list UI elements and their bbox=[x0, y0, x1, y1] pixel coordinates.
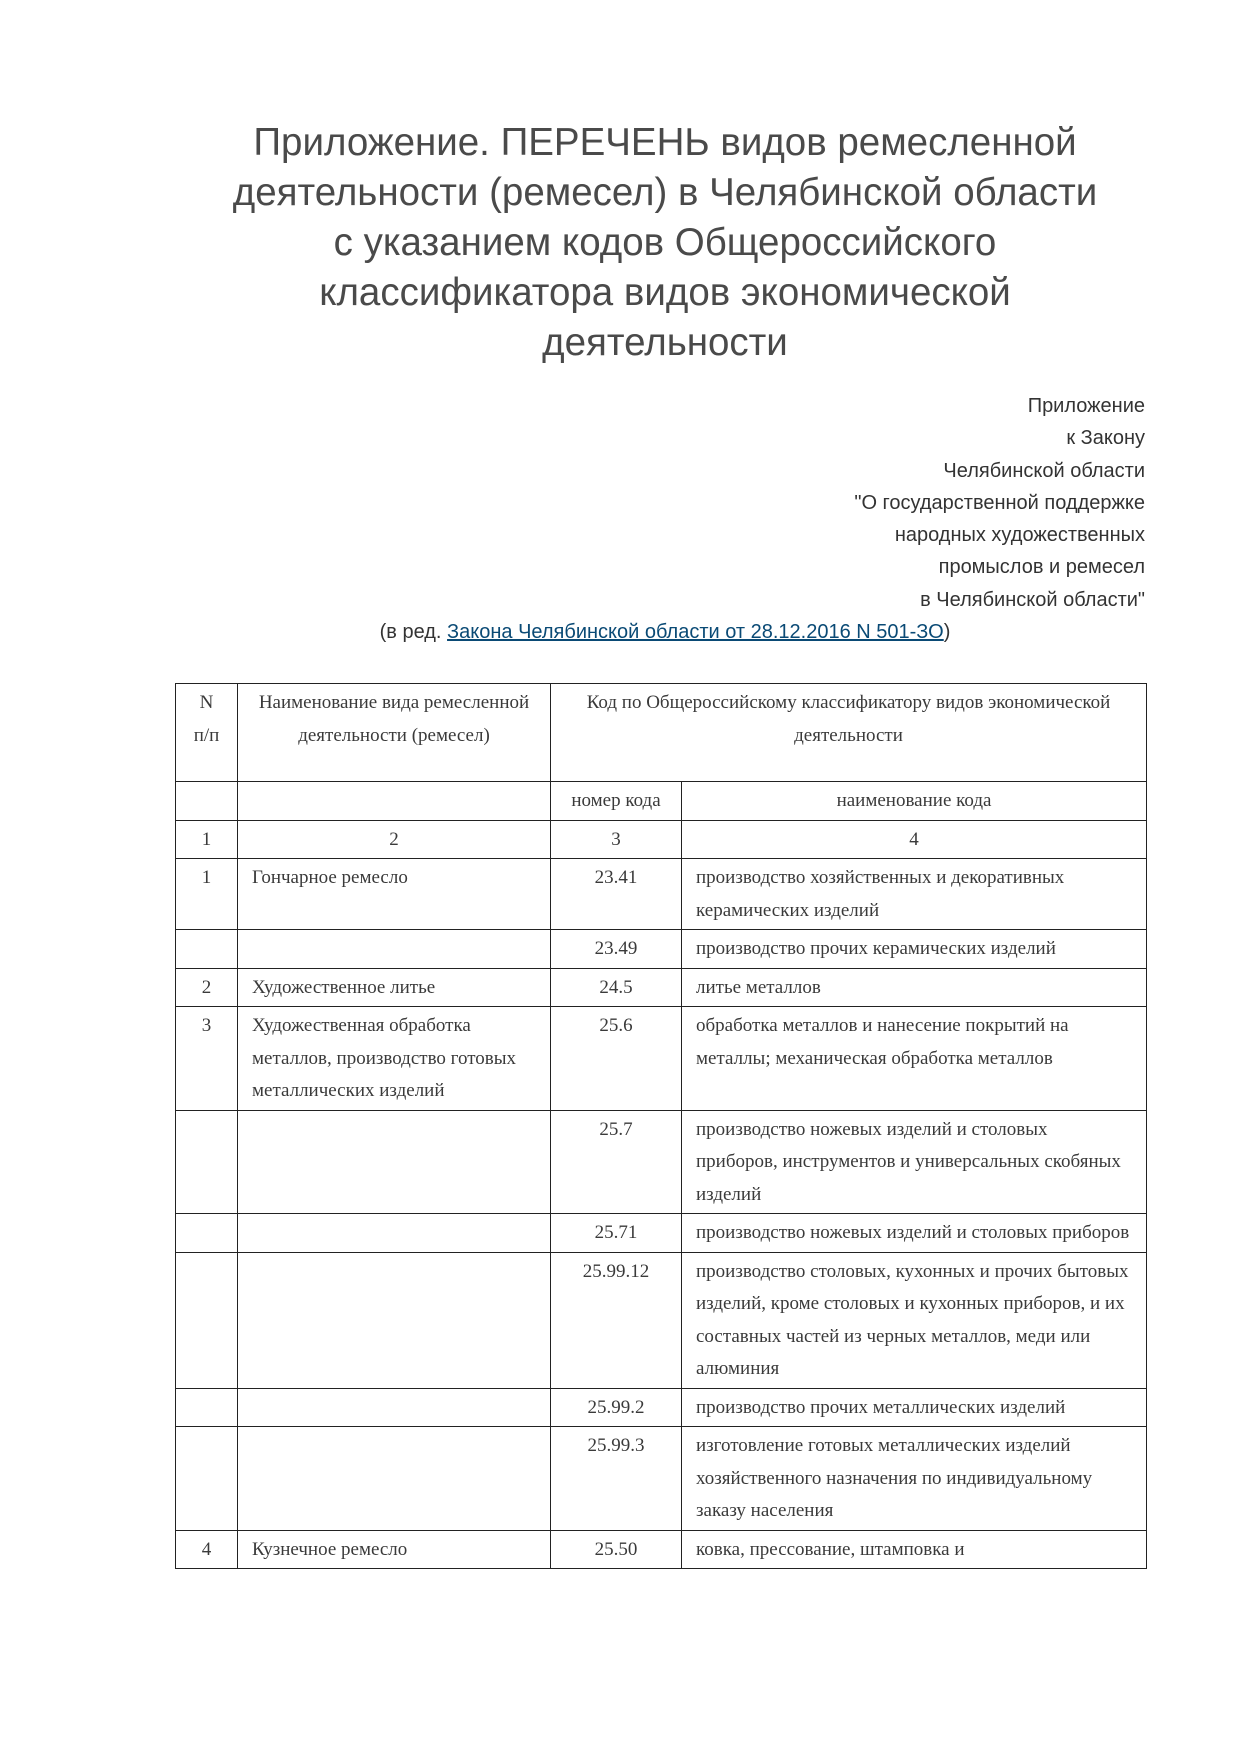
appendix-line: народных художественных bbox=[854, 519, 1145, 551]
code-number: 24.5 bbox=[551, 968, 682, 1007]
code-name: производство столовых, кухонных и прочих… bbox=[682, 1252, 1147, 1388]
header-okved: Код по Общероссийскому классификатору ви… bbox=[551, 684, 1147, 782]
row-number bbox=[176, 1427, 238, 1531]
appendix-line: промыслов и ремесел bbox=[854, 551, 1145, 583]
code-number: 25.6 bbox=[551, 1007, 682, 1111]
code-name: производство хозяйственных и декоративны… bbox=[682, 859, 1147, 930]
table-row: 25.99.2производство прочих металлических… bbox=[176, 1388, 1147, 1427]
column-number: 4 bbox=[682, 820, 1147, 859]
code-number: 25.99.3 bbox=[551, 1427, 682, 1531]
row-number: 3 bbox=[176, 1007, 238, 1111]
code-name: обработка металлов и нанесение покрытий … bbox=[682, 1007, 1147, 1111]
code-name: изготовление готовых металлических издел… bbox=[682, 1427, 1147, 1531]
table-row: 3Художественная обработка металлов, прои… bbox=[176, 1007, 1147, 1111]
craft-name bbox=[238, 1110, 551, 1214]
row-number bbox=[176, 930, 238, 969]
table-row: 25.7производство ножевых изделий и столо… bbox=[176, 1110, 1147, 1214]
code-name: ковка, прессование, штамповка и bbox=[682, 1530, 1147, 1569]
code-name: производство ножевых изделий и столовых … bbox=[682, 1214, 1147, 1253]
title-line: с указанием кодов Общероссийского bbox=[170, 218, 1160, 268]
title-line: деятельности bbox=[170, 318, 1160, 368]
appendix-line: Приложение bbox=[854, 390, 1145, 422]
craft-name: Художественная обработка металлов, произ… bbox=[238, 1007, 551, 1111]
document-title: Приложение. ПЕРЕЧЕНЬ видов ремесленной д… bbox=[170, 118, 1160, 368]
appendix-line: "О государственной поддержке bbox=[854, 487, 1145, 519]
craft-name bbox=[238, 1427, 551, 1531]
subheader-empty bbox=[176, 782, 238, 821]
craft-name: Художественное литье bbox=[238, 968, 551, 1007]
craft-name bbox=[238, 930, 551, 969]
row-number bbox=[176, 1252, 238, 1388]
title-line: деятельности (ремесел) в Челябинской обл… bbox=[170, 168, 1160, 218]
code-name: производство прочих металлических издели… bbox=[682, 1388, 1147, 1427]
column-numbers-row: 1 2 3 4 bbox=[176, 820, 1147, 859]
code-number: 23.49 bbox=[551, 930, 682, 969]
code-number: 25.99.12 bbox=[551, 1252, 682, 1388]
row-number: 2 bbox=[176, 968, 238, 1007]
code-name: производство ножевых изделий и столовых … bbox=[682, 1110, 1147, 1214]
appendix-reference: Приложение к Закону Челябинской области … bbox=[854, 390, 1145, 616]
code-name: литье металлов bbox=[682, 968, 1147, 1007]
crafts-table: N п/п Наименование вида ремесленной деят… bbox=[175, 683, 1147, 1569]
column-number: 3 bbox=[551, 820, 682, 859]
code-number: 23.41 bbox=[551, 859, 682, 930]
appendix-line: к Закону bbox=[854, 422, 1145, 454]
appendix-line: в Челябинской области" bbox=[854, 584, 1145, 616]
title-line: Приложение. ПЕРЕЧЕНЬ видов ремесленной bbox=[170, 118, 1160, 168]
subheader-row: номер кода наименование кода bbox=[176, 782, 1147, 821]
code-number: 25.7 bbox=[551, 1110, 682, 1214]
table-row: 25.99.3изготовление готовых металлически… bbox=[176, 1427, 1147, 1531]
column-number: 2 bbox=[238, 820, 551, 859]
row-number bbox=[176, 1214, 238, 1253]
table-row: 25.99.12производство столовых, кухонных … bbox=[176, 1252, 1147, 1388]
craft-name bbox=[238, 1252, 551, 1388]
row-number bbox=[176, 1110, 238, 1214]
row-number: 4 bbox=[176, 1530, 238, 1569]
code-name: производство прочих керамических изделий bbox=[682, 930, 1147, 969]
subheader-code-name: наименование кода bbox=[682, 782, 1147, 821]
code-number: 25.99.2 bbox=[551, 1388, 682, 1427]
craft-name: Кузнечное ремесло bbox=[238, 1530, 551, 1569]
code-number: 25.50 bbox=[551, 1530, 682, 1569]
row-number bbox=[176, 1388, 238, 1427]
title-line: классификатора видов экономической bbox=[170, 268, 1160, 318]
edition-prefix: (в ред. bbox=[380, 621, 447, 643]
column-number: 1 bbox=[176, 820, 238, 859]
header-number: N п/п bbox=[176, 684, 238, 782]
header-craft-name: Наименование вида ремесленной деятельнос… bbox=[238, 684, 551, 782]
table-row: 1Гончарное ремесло23.41производство хозя… bbox=[176, 859, 1147, 930]
row-number: 1 bbox=[176, 859, 238, 930]
edition-suffix: ) bbox=[944, 621, 951, 643]
craft-name bbox=[238, 1214, 551, 1253]
appendix-line: Челябинской области bbox=[854, 455, 1145, 487]
subheader-code-number: номер кода bbox=[551, 782, 682, 821]
craft-name bbox=[238, 1388, 551, 1427]
subheader-empty bbox=[238, 782, 551, 821]
table-row: 2Художественное литье24.5литье металлов bbox=[176, 968, 1147, 1007]
table-row: 23.49производство прочих керамических из… bbox=[176, 930, 1147, 969]
table-row: 4Кузнечное ремесло25.50ковка, прессовани… bbox=[176, 1530, 1147, 1569]
law-link[interactable]: Закона Челябинской области от 28.12.2016… bbox=[447, 621, 944, 643]
craft-name: Гончарное ремесло bbox=[238, 859, 551, 930]
table-row: 25.71производство ножевых изделий и стол… bbox=[176, 1214, 1147, 1253]
code-number: 25.71 bbox=[551, 1214, 682, 1253]
edition-note: (в ред. Закона Челябинской области от 28… bbox=[170, 616, 1160, 648]
header-row: N п/п Наименование вида ремесленной деят… bbox=[176, 684, 1147, 782]
